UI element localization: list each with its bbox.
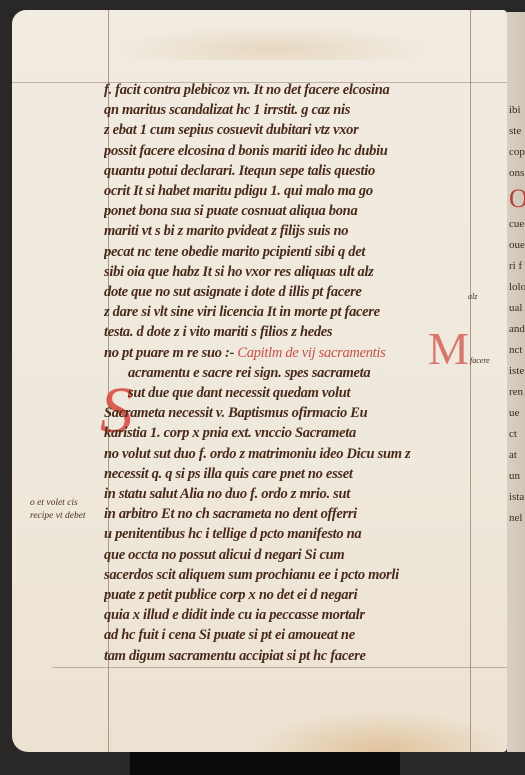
text-line: in arbitro Et no ch sacrameta no dent of… <box>104 504 494 524</box>
next-page-text: ct <box>509 424 525 445</box>
water-stain-bottom <box>252 710 507 752</box>
text-line: mariti vt s bi z marito pvideat z filijs… <box>104 221 494 241</box>
next-page-text: cue <box>509 214 525 235</box>
text-line: no volut sut duo f. ordo z matrimoniu id… <box>104 444 494 464</box>
text-line: z dare si vlt sine viri licencia It in m… <box>104 302 464 322</box>
text-line-with-rubric: no pt puare m re suo :- Capitlm de vij s… <box>104 343 494 363</box>
text-line: tam digum sacramentu accipiat si pt hc f… <box>104 646 494 666</box>
text-line: ocrit It si habet maritu pdigu 1. qui ma… <box>104 181 494 201</box>
text-line: quantu potui declarari. Itequn sepe tali… <box>104 161 494 181</box>
next-page-text: iste <box>509 361 525 382</box>
text-line: u penitentibus hc i tellige d pcto manif… <box>104 524 494 544</box>
text-line: ponet bona sua si puate cosnuat aliqua b… <box>104 201 494 221</box>
text-line: in statu salut Alia no duo f. ordo z mri… <box>104 484 494 504</box>
next-page-text: ual <box>509 298 525 319</box>
next-page-initial: O <box>509 184 525 214</box>
next-page-text: ue <box>509 403 525 424</box>
text-line: sibi oia que habz It si ho vxor res aliq… <box>104 262 494 282</box>
text-line: ad hc fuit i cena Si puate si pt ei amou… <box>104 625 494 645</box>
text-line: necessit q. q si ps illa quis care pnet … <box>104 464 494 484</box>
next-page-text: ri f <box>509 256 525 277</box>
text-line: Sacrameta necessit v. Baptismus ofirmaci… <box>104 403 494 423</box>
next-page-text: ste <box>509 121 525 142</box>
water-stain-top <box>112 25 432 60</box>
text-line: puate z petit publice corp x no det ei d… <box>104 585 494 605</box>
text-line: qn maritus scandalizat hc 1 irrstit. g c… <box>104 100 494 120</box>
text-line: sut due que dant necessit quedam volut <box>104 383 494 403</box>
text-line: sacerdos scit aliquem sum prochianu ee i… <box>104 565 494 585</box>
next-page-text: ibi <box>509 100 525 121</box>
manuscript-text-block: f. facit contra plebicoz vn. It no det f… <box>104 80 494 666</box>
text-line: que occta no possut alicui d negari Si c… <box>104 545 494 565</box>
text-line: testa. d dote z i vito mariti s filios z… <box>104 322 494 342</box>
text-line: f. facit contra plebicoz vn. It no det f… <box>104 80 494 100</box>
scan-background <box>130 752 400 775</box>
next-page-text: nct <box>509 340 525 361</box>
text-line: karistia 1. corp x pnia ext. vnccio Sacr… <box>104 423 494 443</box>
text-line: dote que no sut asignate i dote d illis … <box>104 282 429 302</box>
next-page-text: ista <box>509 487 525 508</box>
next-page-text: cope <box>509 142 525 163</box>
text-line: pecat nc tene obedie marito pcipienti si… <box>104 242 494 262</box>
ruling-line-bottom <box>52 667 507 668</box>
text-line-end: no pt puare m re suo :- <box>104 345 234 361</box>
chapter-rubric: Capitlm de vij sacramentis <box>237 345 385 361</box>
text-line: z ebat 1 cum sepius cosuevit dubitari vt… <box>104 120 494 140</box>
next-page-text: nel <box>509 508 525 529</box>
next-page-text: oue <box>509 235 525 256</box>
text-line: possit facere elcosina d bonis mariti id… <box>104 141 494 161</box>
text-line: quia x illud e didit inde cu ia peccasse… <box>104 605 494 625</box>
next-page-text: ons <box>509 163 525 184</box>
next-page-text: lolo <box>509 277 525 298</box>
next-page-text: at <box>509 445 525 466</box>
next-page-edge: ibi ste cope ons O cue oue ri f lolo ual… <box>507 12 525 752</box>
next-page-text: ren <box>509 382 525 403</box>
text-line: acramentu e sacre rei sign. spes sacrame… <box>104 363 494 383</box>
next-page-text: and <box>509 319 525 340</box>
next-page-text: un <box>509 466 525 487</box>
